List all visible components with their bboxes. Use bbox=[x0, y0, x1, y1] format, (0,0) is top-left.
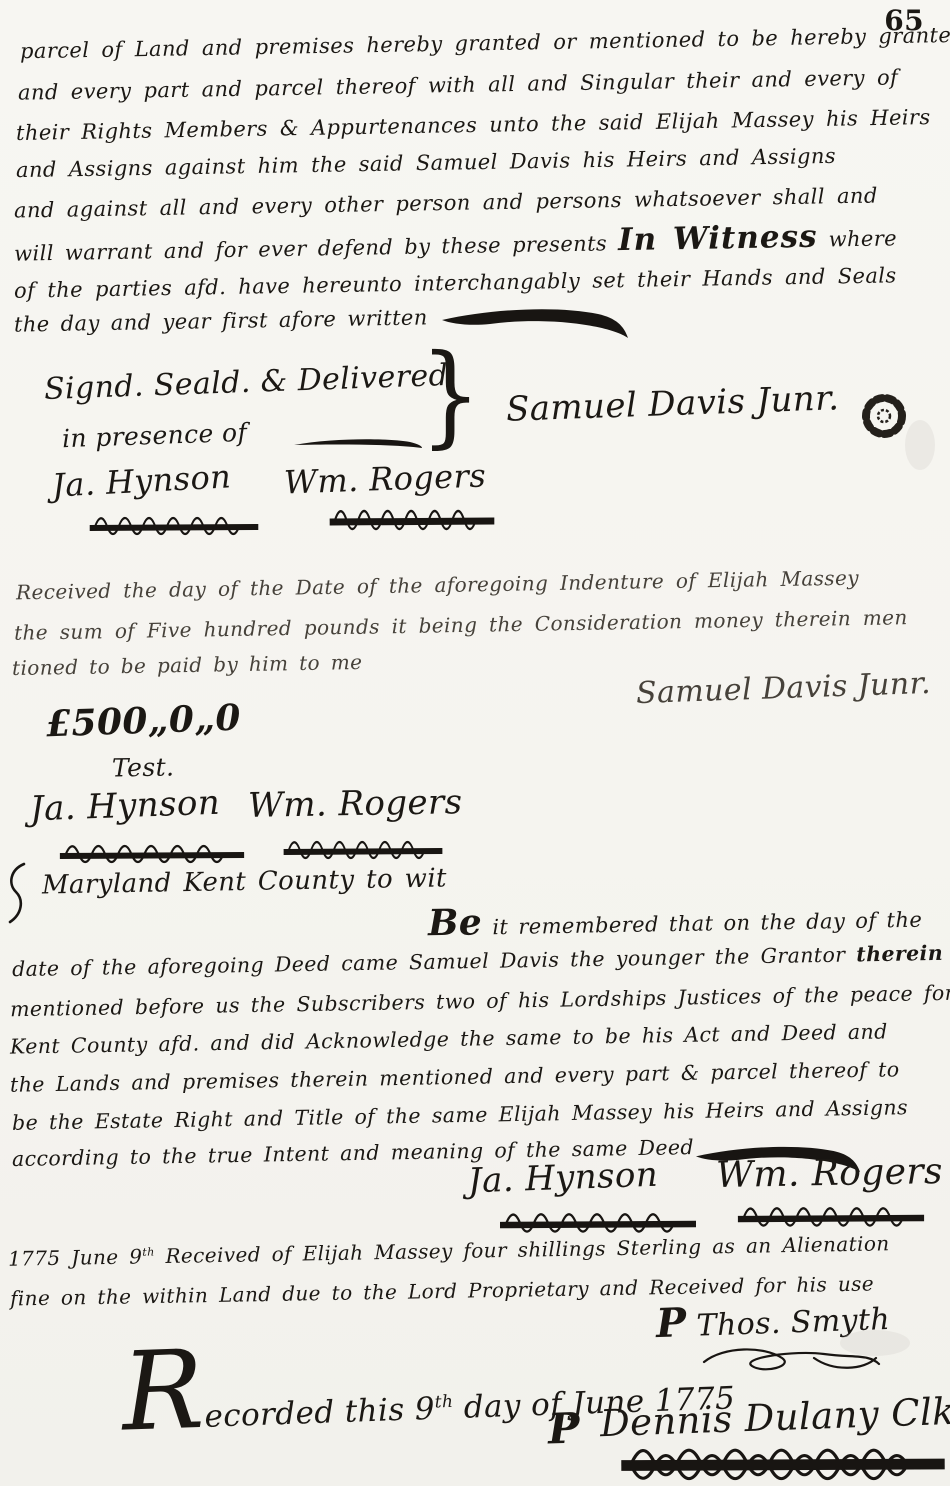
therein-bold: therein bbox=[856, 941, 943, 967]
witness-signature: Ja. Hynson bbox=[29, 785, 220, 829]
signature-rubric-flourish bbox=[328, 506, 496, 536]
deed-body-line: their Rights Members & Appurtenances unt… bbox=[16, 106, 931, 145]
deed-body-line-witness: will warrant and for ever defend by thes… bbox=[14, 218, 897, 267]
acknowledgment-line-prefix: date of the aforegoing Deed came Samuel … bbox=[12, 942, 857, 981]
wax-seal-stamp bbox=[858, 390, 910, 442]
clerk-signature: Dennis Dulany Clk bbox=[599, 1392, 950, 1445]
deed-record-page: 65 parcel of Land and premises hereby gr… bbox=[0, 0, 950, 1486]
paper-smudge bbox=[840, 1330, 910, 1356]
signature-rubric-flourish bbox=[282, 838, 444, 864]
acknowledgment-line: be the Estate Right and Title of the sam… bbox=[12, 1096, 908, 1134]
signed-sealed-delivered-line: Signd. Seald. & Delivered bbox=[44, 359, 449, 406]
opening-rest: it remembered that on the day of the bbox=[482, 908, 922, 940]
acknowledgment-line: the Lands and premises therein mentioned… bbox=[10, 1058, 900, 1096]
venue-heading: Maryland Kent County to wit bbox=[42, 864, 447, 900]
be-emphasis: Be bbox=[428, 901, 483, 944]
receipt-line: Received the day of the Date of the afor… bbox=[16, 567, 859, 604]
acknowledgment-line: date of the aforegoing Deed came Samuel … bbox=[12, 942, 943, 981]
grantor-signature: Samuel Davis Junr. bbox=[636, 667, 932, 710]
deed-body-line: the day and year first afore written bbox=[14, 306, 428, 336]
witness-signature: Wm. Rogers bbox=[283, 458, 486, 500]
ordinal-superscript: th bbox=[434, 1392, 453, 1413]
alienation-line: 1775 June 9th Received of Elijah Massey … bbox=[8, 1232, 890, 1269]
consideration-amount: £500„0„0 bbox=[45, 699, 241, 745]
witness-signature: Ja. Hynson bbox=[51, 459, 232, 504]
deed-body-line: and Assigns against him the said Samuel … bbox=[16, 145, 836, 182]
deed-body-line: and against all and every other person a… bbox=[14, 184, 878, 222]
venue-bracket-flourish bbox=[6, 862, 28, 924]
signature-rubric-flourish bbox=[618, 1444, 948, 1484]
signature-rubric-flourish bbox=[736, 1204, 926, 1232]
ordinal-superscript: th bbox=[142, 1245, 155, 1258]
receipt-line: tioned to be paid by him to me bbox=[12, 651, 363, 679]
in-presence-of-line: in presence of bbox=[62, 419, 248, 453]
acknowledgment-line: Kent County afd. and did Acknowledge the… bbox=[10, 1020, 888, 1058]
recorded-prefix: Recorded this 9 bbox=[121, 1352, 436, 1435]
signature-rubric-flourish bbox=[498, 1210, 698, 1238]
witness-signature: Wm. Rogers bbox=[248, 784, 463, 825]
deed-body-line: and every part and parcel thereof with a… bbox=[18, 66, 899, 104]
witness-signature: Wm. Rogers bbox=[716, 1152, 944, 1196]
grantor-signature: Samuel Davis Junr. bbox=[505, 380, 839, 429]
per-mark: P bbox=[547, 1405, 581, 1452]
deed-body-line: of the parties afd. have hereunto interc… bbox=[14, 264, 897, 302]
witness-line-prefix: will warrant and for ever defend by thes… bbox=[14, 231, 618, 266]
in-witness-emphasis: In Witness bbox=[618, 219, 818, 258]
presence-dash-flourish bbox=[292, 436, 424, 450]
witness-line-suffix: where bbox=[817, 226, 897, 251]
witness-signature: Ja. Hynson bbox=[467, 1157, 658, 1201]
alienation-line-suffix: Received of Elijah Massey four shillings… bbox=[155, 1231, 890, 1268]
signature-rubric-flourish bbox=[58, 842, 246, 868]
receipt-line: the sum of Five hundred pounds it being … bbox=[14, 606, 908, 644]
paper-smudge bbox=[905, 420, 935, 470]
test-label: Test. bbox=[112, 753, 175, 782]
per-mark: P bbox=[655, 1299, 687, 1347]
acknowledgment-line: mentioned before us the Subscribers two … bbox=[10, 982, 950, 1021]
deed-body-line: parcel of Land and premises hereby grant… bbox=[20, 24, 950, 64]
attestation-brace: } bbox=[420, 346, 481, 445]
signature-rubric-flourish bbox=[88, 514, 260, 540]
alienation-date-prefix: 1775 June 9 bbox=[8, 1244, 143, 1270]
acknowledgment-opening-line: Be it remembered that on the day of the bbox=[428, 896, 923, 944]
